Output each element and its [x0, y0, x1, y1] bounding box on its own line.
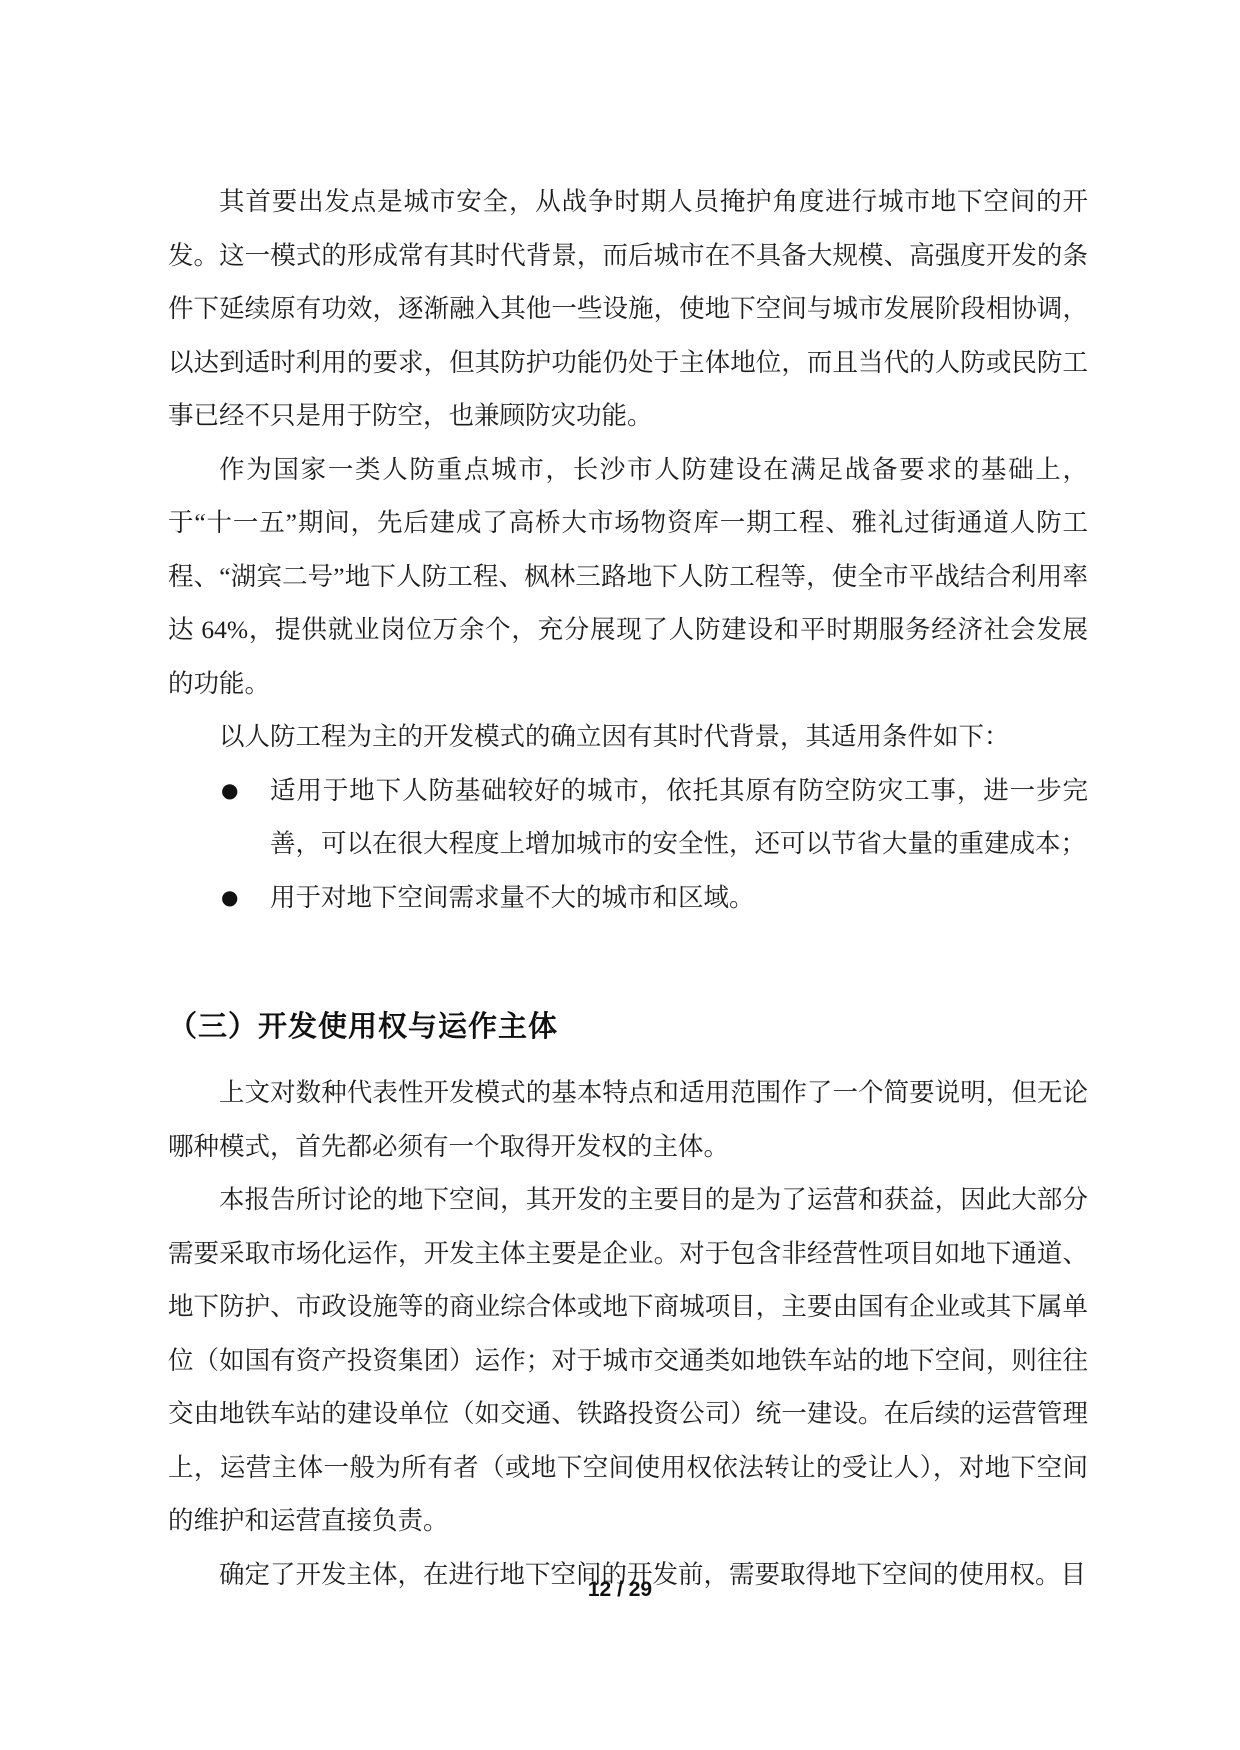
document-page: 其首要出发点是城市安全，从战争时期人员掩护角度进行城市地下空间的开发。这一模式的…: [0, 0, 1240, 1750]
bullet-icon: ●: [221, 764, 238, 818]
paragraph-changsha-projects: 作为国家一类人防重点城市，长沙市人防建设在满足战备要求的基础上，于“十一五”期间…: [168, 443, 1088, 711]
paragraph-market-operation: 本报告所讨论的地下空间，其开发的主要目的是为了运营和获益，因此大部分需要采取市场…: [168, 1173, 1088, 1548]
page-number: 12 / 29: [588, 1578, 652, 1601]
bullet-text-low-demand-cities: 用于对地下空间需求量不大的城市和区域。: [270, 883, 755, 912]
page-content: 其首要出发点是城市安全，从战争时期人员掩护角度进行城市地下空间的开发。这一模式的…: [168, 175, 1088, 1601]
paragraph-development-right-subject: 上文对数种代表性开发模式的基本特点和适用范围作了一个简要说明，但无论哪种模式，首…: [168, 1066, 1088, 1173]
list-item: ● 适用于地下人防基础较好的城市，依托其原有防空防灾工事，进一步完善，可以在很大…: [168, 764, 1088, 871]
paragraph-civil-defense-origin: 其首要出发点是城市安全，从战争时期人员掩护角度进行城市地下空间的开发。这一模式的…: [168, 175, 1088, 443]
section-heading: （三）开发使用权与运作主体: [168, 1000, 1088, 1054]
paragraph-applicable-conditions-intro: 以人防工程为主的开发模式的确立因有其时代背景，其适用条件如下：: [168, 710, 1088, 764]
bullet-text-good-foundation-cities: 适用于地下人防基础较好的城市，依托其原有防空防灾工事，进一步完善，可以在很大程度…: [270, 776, 1088, 859]
bullet-icon: ●: [221, 871, 238, 925]
page-footer: 12 / 29: [0, 1572, 1240, 1610]
list-item: ● 用于对地下空间需求量不大的城市和区域。: [168, 871, 1088, 925]
bullet-list: ● 适用于地下人防基础较好的城市，依托其原有防空防灾工事，进一步完善，可以在很大…: [168, 764, 1088, 925]
